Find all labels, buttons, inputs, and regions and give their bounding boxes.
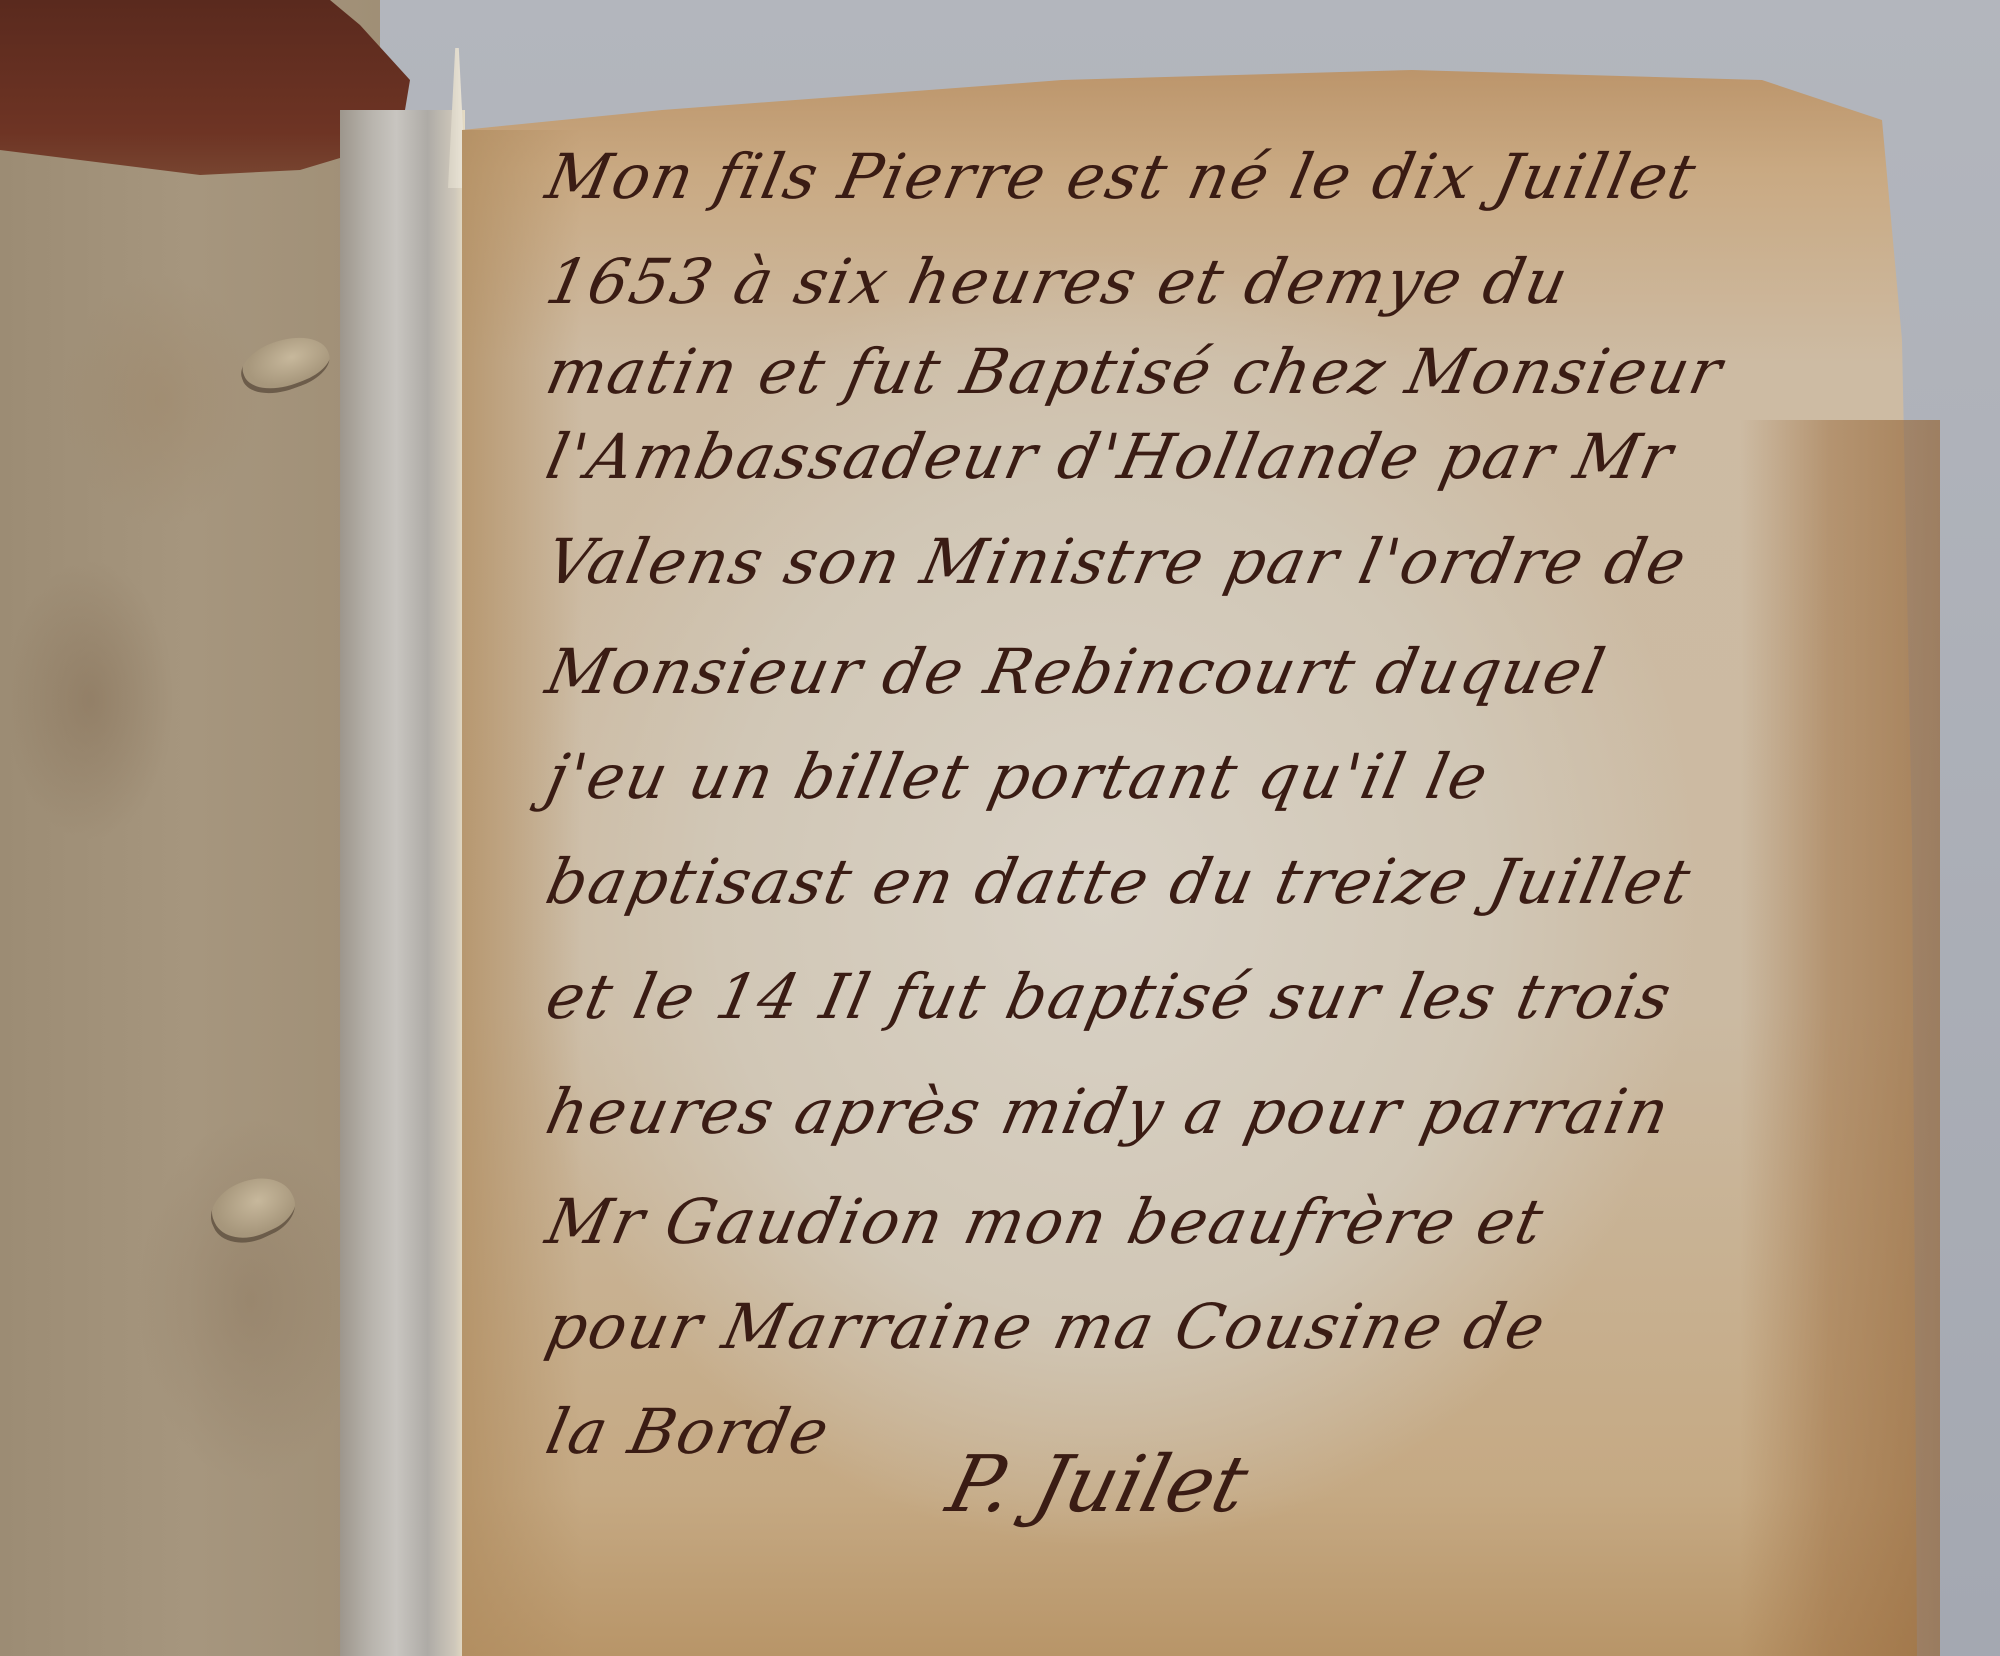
handwritten-text: Mon fils Pierre est né le dix Juillet 16… [520, 0, 1920, 1656]
book-cover-endpaper [0, 0, 380, 1656]
paper-damage [234, 326, 336, 404]
text-line: l'Ambassadeur d'Hollande par Mr [540, 420, 1681, 493]
text-line: matin et fut Baptisé chez Monsieur [540, 335, 1730, 408]
text-line: Valens son Ministre par l'ordre de [540, 525, 1694, 598]
text-line: heures après midy a pour parrain [540, 1075, 1677, 1148]
text-line: j'eu un billet portant qu'il le [540, 740, 1496, 813]
text-line: et le 14 Il fut baptisé sur les trois [540, 960, 1679, 1033]
text-line: 1653 à six heures et demye du [540, 245, 1576, 318]
paper-damage [201, 1165, 303, 1255]
text-line: Monsieur de Rebincourt duquel [540, 635, 1613, 708]
text-line: la Borde [540, 1395, 837, 1468]
text-line: Mr Gaudion mon beaufrère et [540, 1185, 1551, 1258]
book-gutter [340, 110, 465, 1656]
manuscript-photo: Mon fils Pierre est né le dix Juillet 16… [0, 0, 2000, 1656]
signature: P. Juilet [939, 1440, 1257, 1530]
text-line: baptisast en datte du treize Juillet [540, 845, 1698, 918]
text-line: pour Marraine ma Cousine de [540, 1290, 1553, 1363]
text-line: Mon fils Pierre est né le dix Juillet [540, 140, 1704, 213]
